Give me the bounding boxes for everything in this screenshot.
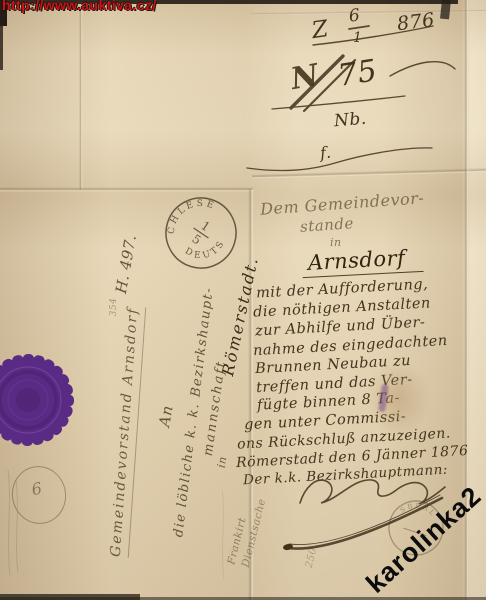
docket-ref-letter: N <box>288 58 322 97</box>
docket-fraction-numerator: 6 <box>348 5 361 26</box>
fold-line-left <box>79 8 83 190</box>
wax-seal <box>0 348 80 452</box>
salutation-line-3: in <box>330 236 342 249</box>
postmark-deutsch: CHLESE DEUTS 1 5 <box>160 192 242 274</box>
address-in: in <box>215 455 230 469</box>
svg-text:DEUTS: DEUTS <box>180 229 231 270</box>
source-url-watermark: http://www.auktiva.cz/ <box>2 0 157 13</box>
letterhead-line: Gemeindevorstand Arnsdorf <box>108 306 146 558</box>
docket-prefix: Z <box>310 16 330 44</box>
fold-line-top-right <box>250 9 486 15</box>
docket-ref-number: 75 <box>336 53 380 94</box>
postmark-faint-bottom-left: 6 <box>7 461 72 529</box>
postmark-faint-digit: 6 <box>30 478 44 499</box>
address-docket-no: H. 497. <box>112 233 140 295</box>
address-an: An <box>155 404 176 428</box>
letter-scan: http://www.auktiva.cz/ Z 6 1 876 N 75 Nb… <box>0 0 486 600</box>
docket-flourish: f. <box>319 142 332 162</box>
pencil-note-center: 250. <box>304 543 321 569</box>
svg-text:5: 5 <box>189 232 203 248</box>
salutation-line-2: stande <box>299 214 354 236</box>
pencil-note-left: 354 <box>109 298 119 317</box>
scan-edge-top-mark <box>440 0 451 19</box>
docket-note: Nb. <box>333 109 367 132</box>
docket-year: 876 <box>396 9 436 35</box>
fold-line-horizontal-right <box>252 168 486 180</box>
addressee-name: Arnsdorf <box>301 245 424 278</box>
docket-fraction-denominator: 1 <box>353 30 362 46</box>
svg-text:1: 1 <box>198 218 212 234</box>
scan-edge-bottom-left <box>0 594 140 600</box>
